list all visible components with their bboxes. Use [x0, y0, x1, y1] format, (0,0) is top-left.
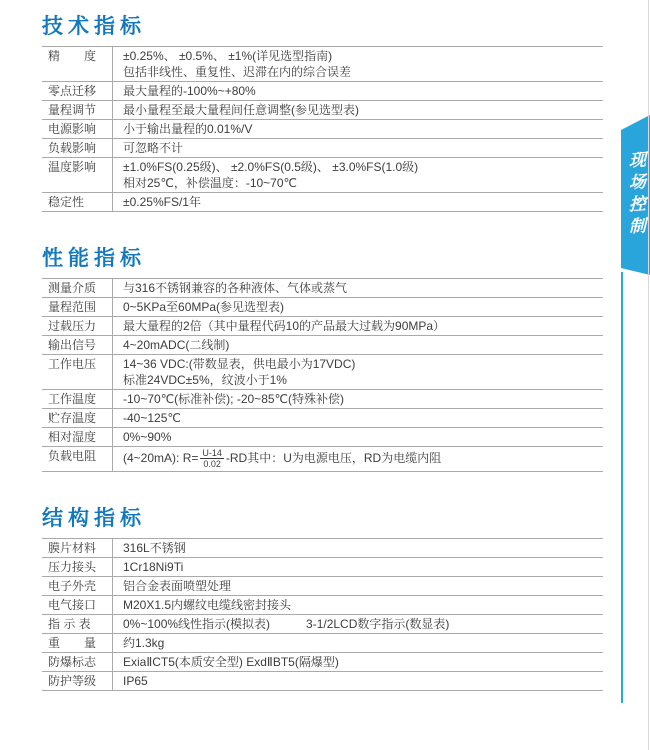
spec-table-technical: 精 度±0.25%、 ±0.5%、 ±1%(详见选型指南)包括非线性、重复性、迟… [42, 46, 603, 212]
side-ribbon: 现场控制 [621, 115, 650, 275]
datasheet-page: 技术指标 精 度±0.25%、 ±0.5%、 ±1%(详见选型指南)包括非线性、… [0, 0, 650, 750]
spec-value-line: 0~5KPa至60MPa(参见选型表) [123, 299, 603, 315]
spec-value-line: 包括非线性、重复性、迟滞在内的综合误差 [123, 64, 603, 80]
spec-label: 压力接头 [42, 558, 112, 576]
spec-label: 防爆标志 [42, 653, 112, 671]
spec-label: 指 示 表 [42, 615, 112, 633]
spec-row: 贮存温度-40~125℃ [42, 409, 603, 428]
spec-value-line: 铝合金表面喷塑处理 [123, 578, 603, 594]
spec-label: 零点迁移 [42, 82, 112, 100]
spec-row: 工作温度-10~70℃(标准补偿); -20~85℃(特殊补偿) [42, 390, 603, 409]
section-title: 结构指标 [42, 502, 603, 532]
spec-row: 防爆标志ExiaⅡCT5(本质安全型) ExdⅡBT5(隔爆型) [42, 653, 603, 672]
spec-value: 最大量程的-100%~+80% [112, 82, 603, 100]
spec-row: 负载电阻(4~20mA): R=U-140.02-RD其中：U为电源电压，RD为… [42, 447, 603, 472]
spec-row: 相对湿度0%~90% [42, 428, 603, 447]
spec-value-line: 相对25℃，补偿温度：-10~70℃ [123, 175, 603, 191]
spec-table-performance: 测量介质与316不锈钢兼容的各种液体、气体或蒸气量程范围0~5KPa至60MPa… [42, 278, 603, 472]
spec-label: 膜片材料 [42, 539, 112, 557]
spec-value: 14~36 VDC:(带数显表，供电最小为17VDC)标准24VDC±5%，纹波… [112, 355, 603, 389]
spec-value-line: 316L不锈钢 [123, 540, 603, 556]
spec-value: 小于输出量程的0.01%/V [112, 120, 603, 138]
spec-value: 约1.3kg [112, 634, 603, 652]
spec-value: ±0.25%、 ±0.5%、 ±1%(详见选型指南)包括非线性、重复性、迟滞在内… [112, 47, 603, 81]
spec-value-line: ±0.25%、 ±0.5%、 ±1%(详见选型指南) [123, 48, 603, 64]
section-performance: 性能指标 测量介质与316不锈钢兼容的各种液体、气体或蒸气量程范围0~5KPa至… [42, 242, 603, 472]
spec-value-line: 最大量程的2倍（其中量程代码10的产品最大过载为90MPa） [123, 318, 603, 334]
spec-value: -40~125℃ [112, 409, 603, 427]
spec-row: 温度影响±1.0%FS(0.25级)、 ±2.0%FS(0.5级)、 ±3.0%… [42, 158, 603, 193]
spec-value-line: 最小量程至最大量程间任意调整(参见选型表) [123, 102, 603, 118]
spec-value-line: 约1.3kg [123, 635, 603, 651]
page-edge-line [648, 0, 649, 750]
spec-value: ±1.0%FS(0.25级)、 ±2.0%FS(0.5级)、 ±3.0%FS(1… [112, 158, 603, 192]
spec-value: ±0.25%FS/1年 [112, 193, 603, 211]
spec-label: 稳定性 [42, 193, 112, 211]
spec-row: 测量介质与316不锈钢兼容的各种液体、气体或蒸气 [42, 279, 603, 298]
spec-value-line: IP65 [123, 673, 603, 689]
spec-value: -10~70℃(标准补偿); -20~85℃(特殊补偿) [112, 390, 603, 408]
spec-label: 电源影响 [42, 120, 112, 138]
section-title: 技术指标 [42, 10, 603, 40]
spec-label: 电子外壳 [42, 577, 112, 595]
spec-value-line: 标准24VDC±5%，纹波小于1% [123, 372, 603, 388]
spec-value: 可忽略不计 [112, 139, 603, 157]
spec-label: 负载电阻 [42, 447, 112, 471]
spec-value: 最大量程的2倍（其中量程代码10的产品最大过载为90MPa） [112, 317, 603, 335]
spec-row: 重 量约1.3kg [42, 634, 603, 653]
spec-value: 4~20mADC(二线制) [112, 336, 603, 354]
spec-row: 量程调节最小量程至最大量程间任意调整(参见选型表) [42, 101, 603, 120]
spec-content: 技术指标 精 度±0.25%、 ±0.5%、 ±1%(详见选型指南)包括非线性、… [42, 10, 603, 691]
spec-label: 重 量 [42, 634, 112, 652]
section-technical: 技术指标 精 度±0.25%、 ±0.5%、 ±1%(详见选型指南)包括非线性、… [42, 10, 603, 212]
spec-row: 压力接头1Cr18Ni9Ti [42, 558, 603, 577]
spec-value: 0%~90% [112, 428, 603, 446]
spec-value-line: M20X1.5内螺纹电缆线密封接头 [123, 597, 603, 613]
spec-value-line: -10~70℃(标准补偿); -20~85℃(特殊补偿) [123, 391, 603, 407]
spec-label: 温度影响 [42, 158, 112, 192]
spec-value: 0~5KPa至60MPa(参见选型表) [112, 298, 603, 316]
spec-value: 铝合金表面喷塑处理 [112, 577, 603, 595]
spec-value-line: 1Cr18Ni9Ti [123, 559, 603, 575]
section-structure: 结构指标 膜片材料316L不锈钢压力接头1Cr18Ni9Ti电子外壳铝合金表面喷… [42, 502, 603, 691]
spec-row: 防护等级IP65 [42, 672, 603, 691]
spec-value-line: -40~125℃ [123, 410, 603, 426]
spec-label: 输出信号 [42, 336, 112, 354]
spec-row: 负载影响可忽略不计 [42, 139, 603, 158]
spec-value: IP65 [112, 672, 603, 690]
spec-value: 1Cr18Ni9Ti [112, 558, 603, 576]
spec-value-line: ±0.25%FS/1年 [123, 194, 603, 210]
spec-label: 负载影响 [42, 139, 112, 157]
spec-value-line: ExiaⅡCT5(本质安全型) ExdⅡBT5(隔爆型) [123, 654, 603, 670]
spec-row: 电源影响小于输出量程的0.01%/V [42, 120, 603, 139]
spec-value-line: 最大量程的-100%~+80% [123, 83, 603, 99]
spec-label: 工作电压 [42, 355, 112, 389]
spec-label: 量程调节 [42, 101, 112, 119]
spec-value: 与316不锈钢兼容的各种液体、气体或蒸气 [112, 279, 603, 297]
spec-value-line: (4~20mA): R=U-140.02-RD其中：U为电源电压，RD为电缆内阻 [123, 448, 603, 470]
spec-value-line: 0%~90% [123, 429, 603, 445]
spec-value-line: 4~20mADC(二线制) [123, 337, 603, 353]
spec-row: 精 度±0.25%、 ±0.5%、 ±1%(详见选型指南)包括非线性、重复性、迟… [42, 47, 603, 82]
spec-label: 贮存温度 [42, 409, 112, 427]
spec-value: 0%~100%线性指示(模拟表) 3-1/2LCD数字指示(数显表) [112, 615, 603, 633]
spec-value: 316L不锈钢 [112, 539, 603, 557]
spec-label: 工作温度 [42, 390, 112, 408]
spec-value-line: 可忽略不计 [123, 140, 603, 156]
side-ribbon-label: 现场控制 [623, 150, 648, 240]
spec-row: 指 示 表0%~100%线性指示(模拟表) 3-1/2LCD数字指示(数显表) [42, 615, 603, 634]
spec-label: 过载压力 [42, 317, 112, 335]
spec-row: 量程范围0~5KPa至60MPa(参见选型表) [42, 298, 603, 317]
spec-value: M20X1.5内螺纹电缆线密封接头 [112, 596, 603, 614]
spec-row: 稳定性±0.25%FS/1年 [42, 193, 603, 212]
spec-row: 电气接口M20X1.5内螺纹电缆线密封接头 [42, 596, 603, 615]
side-ribbon-rule [621, 272, 623, 703]
spec-table-structure: 膜片材料316L不锈钢压力接头1Cr18Ni9Ti电子外壳铝合金表面喷塑处理电气… [42, 538, 603, 691]
spec-value: 最小量程至最大量程间任意调整(参见选型表) [112, 101, 603, 119]
spec-row: 工作电压14~36 VDC:(带数显表，供电最小为17VDC)标准24VDC±5… [42, 355, 603, 390]
spec-value-line: 14~36 VDC:(带数显表，供电最小为17VDC) [123, 356, 603, 372]
spec-label: 相对湿度 [42, 428, 112, 446]
spec-value: ExiaⅡCT5(本质安全型) ExdⅡBT5(隔爆型) [112, 653, 603, 671]
spec-label: 电气接口 [42, 596, 112, 614]
spec-row: 过载压力最大量程的2倍（其中量程代码10的产品最大过载为90MPa） [42, 317, 603, 336]
spec-value-line: 0%~100%线性指示(模拟表) 3-1/2LCD数字指示(数显表) [123, 616, 603, 632]
spec-label: 测量介质 [42, 279, 112, 297]
spec-row: 输出信号4~20mADC(二线制) [42, 336, 603, 355]
spec-value: (4~20mA): R=U-140.02-RD其中：U为电源电压，RD为电缆内阻 [112, 447, 603, 471]
spec-row: 电子外壳铝合金表面喷塑处理 [42, 577, 603, 596]
spec-label: 量程范围 [42, 298, 112, 316]
spec-row: 膜片材料316L不锈钢 [42, 539, 603, 558]
spec-value-line: ±1.0%FS(0.25级)、 ±2.0%FS(0.5级)、 ±3.0%FS(1… [123, 159, 603, 175]
spec-label: 精 度 [42, 47, 112, 81]
formula-fraction: U-140.02 [200, 448, 224, 470]
spec-value-line: 与316不锈钢兼容的各种液体、气体或蒸气 [123, 280, 603, 296]
section-title: 性能指标 [42, 242, 603, 272]
spec-label: 防护等级 [42, 672, 112, 690]
spec-row: 零点迁移最大量程的-100%~+80% [42, 82, 603, 101]
spec-value-line: 小于输出量程的0.01%/V [123, 121, 603, 137]
